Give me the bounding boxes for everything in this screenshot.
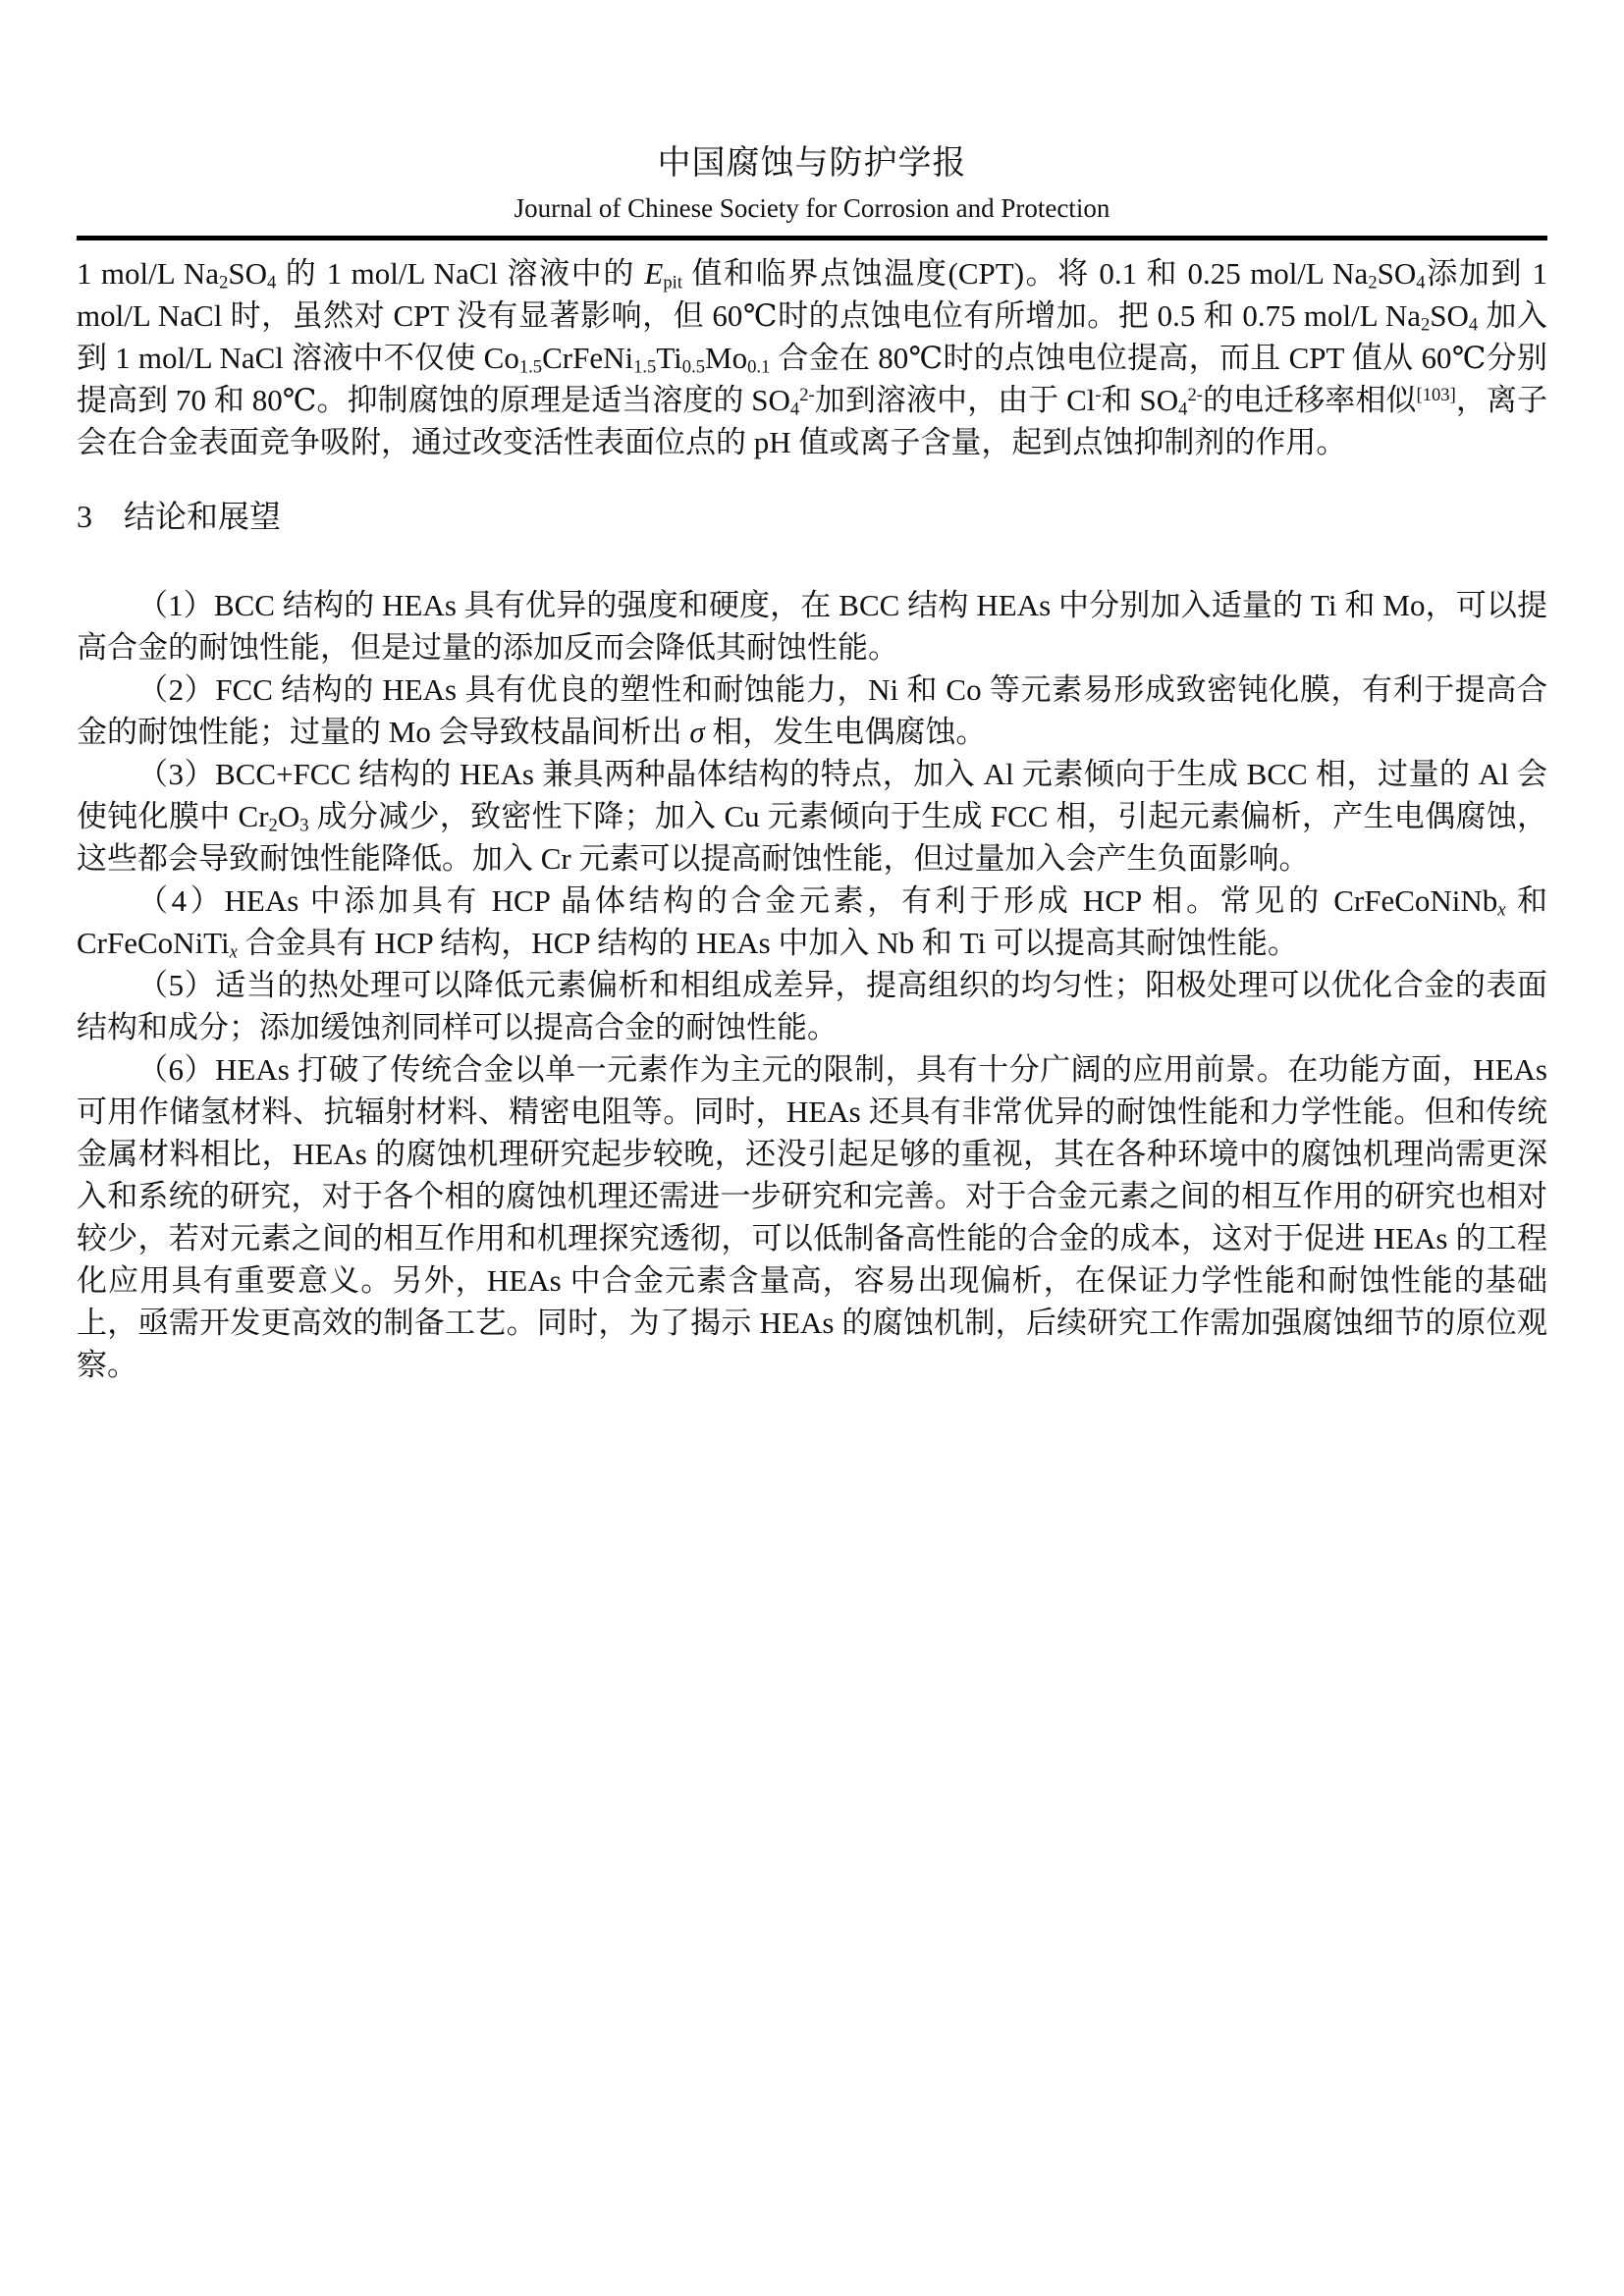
journal-title-zh: 中国腐蚀与防护学报 [0,145,1624,182]
section-title: 结论和展望 [124,499,281,534]
conclusion-paragraph-1: （1）BCC 结构的 HEAs 具有优异的强度和硬度，在 BCC 结构 HEAs… [77,584,1547,668]
section-heading: 3结论和展望 [77,495,1547,539]
section-number: 3 [77,499,92,534]
document-page: 中国腐蚀与防护学报 Journal of Chinese Society for… [0,0,1624,2296]
conclusion-paragraph-4: （4）HEAs 中添加具有 HCP 晶体结构的合金元素，有利于形成 HCP 相。… [77,880,1547,964]
journal-header: 中国腐蚀与防护学报 Journal of Chinese Society for… [0,0,1624,224]
conclusion-paragraph-5: （5）适当的热处理可以降低元素偏析和相组成差异，提高组织的均匀性；阳极处理可以优… [77,964,1547,1048]
conclusion-paragraph-2: （2）FCC 结构的 HEAs 具有优良的塑性和耐蚀能力，Ni 和 Co 等元素… [77,668,1547,753]
header-divider-rule [77,236,1547,240]
conclusion-paragraph-3: （3）BCC+FCC 结构的 HEAs 兼具两种晶体结构的特点，加入 Al 元素… [77,753,1547,880]
page-body: 1 mol/L Na2SO4 的 1 mol/L NaCl 溶液中的 Epit … [77,252,1547,1386]
conclusion-paragraph-6: （6）HEAs 打破了传统合金以单一元素作为主元的限制，具有十分广阔的应用前景。… [77,1048,1547,1386]
intro-paragraph: 1 mol/L Na2SO4 的 1 mol/L NaCl 溶液中的 Epit … [77,252,1547,463]
journal-title-en: Journal of Chinese Society for Corrosion… [0,194,1624,224]
